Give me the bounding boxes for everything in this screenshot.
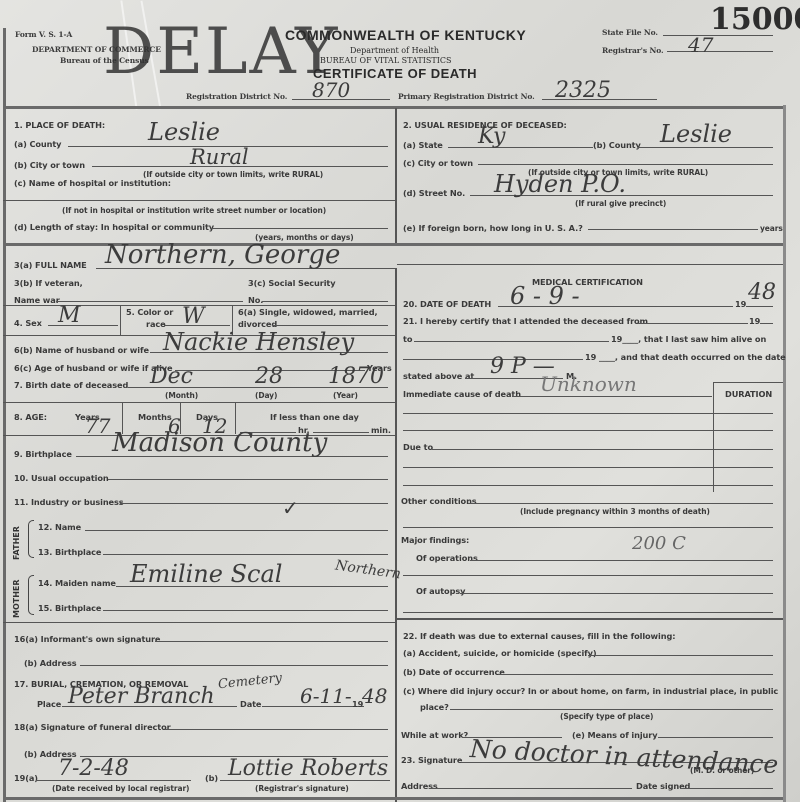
res-state-line — [448, 147, 593, 148]
burial-place-label: Place — [37, 699, 61, 709]
full-name-value: Northern, George — [105, 240, 340, 270]
year-note: (Year) — [333, 391, 358, 400]
signature-note: (M. D. or other) — [690, 766, 754, 775]
father-birthplace-label: 13. Birthplace — [38, 547, 101, 557]
name-war-label: Name war — [14, 295, 60, 305]
autopsy-label: Of autopsy — [416, 586, 465, 596]
death-year-prefix: 19 — [735, 299, 746, 309]
burial-date-value: 6-11- — [300, 684, 352, 708]
res-state-label: (a) State — [403, 140, 443, 150]
major-findings-label: Major findings: — [401, 535, 469, 545]
hospital-note: (If not in hospital or institution write… — [62, 206, 326, 215]
other-line-2 — [403, 527, 773, 528]
father-birthplace-line — [103, 554, 388, 555]
accident-line — [588, 655, 773, 656]
registrar-sig-value: Lottie Roberts — [228, 756, 388, 781]
duration-label: DURATION — [725, 389, 772, 399]
spouse-label: 6(b) Name of husband or wife — [14, 345, 149, 355]
color-label: 5. Color or — [126, 307, 173, 317]
commonwealth-title: COMMONWEALTH OF KENTUCKY — [285, 27, 526, 43]
veteran-label: 3(b) If veteran, — [14, 278, 83, 288]
birth-month: Dec — [150, 364, 193, 389]
res-street-label: (d) Street No. — [403, 188, 465, 198]
birth-year: 1870 — [328, 364, 384, 389]
operations-line-2 — [403, 575, 773, 576]
death-date-value: 6 - 9 - — [510, 282, 580, 310]
immediate-cause-label: Immediate cause of death — [403, 389, 521, 399]
section-divider-22 — [397, 618, 783, 620]
autopsy-line-2 — [403, 612, 773, 613]
cause-line-2 — [403, 413, 773, 414]
burial-year-value: 48 — [362, 684, 387, 708]
registrar-no-label: Registrar's No. — [602, 46, 664, 55]
ssn-line — [262, 301, 388, 302]
means-label: (e) Means of injury — [572, 730, 657, 740]
funeral-director-label: 18(a) Signature of funeral director — [14, 722, 171, 732]
res-state-value: Ky — [478, 124, 505, 149]
form-id: Form V. S. 1-A — [15, 30, 72, 39]
industry-line — [120, 503, 388, 504]
primary-reg-label: Primary Registration District No. — [398, 92, 535, 101]
res-city-label: (c) City or town — [403, 158, 473, 168]
funeral-director-line — [165, 729, 388, 730]
sex-label: 4. Sex — [14, 318, 42, 328]
race-value: W — [182, 304, 205, 329]
birthplace-value: Madison County — [112, 428, 327, 458]
industry-label: 11. Industry or business — [14, 497, 124, 507]
marital-label: 6(a) Single, widowed, married, — [238, 307, 378, 317]
signature-label: 23. Signature — [401, 755, 462, 765]
registrar-sig-note: (Registrar's signature) — [255, 784, 349, 793]
marital-line — [272, 325, 388, 326]
address-label: Address — [401, 781, 438, 791]
less-day-label: If less than one day — [270, 412, 359, 422]
death-city-label: (b) City or town — [14, 160, 85, 170]
occurred-label: 19 ____, and that death occurred on the … — [585, 352, 786, 362]
state-file-label: State File No. — [602, 28, 658, 37]
certify-19: 19 — [749, 316, 760, 326]
res-street-note: (If rural give precinct) — [575, 199, 666, 208]
full-name-label: 3(a) FULL NAME — [14, 260, 87, 270]
certify-label: 21. I hereby certify that I attended the… — [403, 316, 648, 326]
medical-top-line — [397, 264, 783, 265]
father-name-line — [85, 530, 388, 531]
foreign-line — [588, 229, 758, 230]
operations-line — [470, 560, 773, 561]
row-divider-15 — [3, 622, 395, 623]
spouse-age-label: 6(c) Age of husband or wife if alive — [14, 363, 172, 373]
father-brace — [28, 520, 34, 558]
name-war-line — [56, 301, 243, 302]
reg-district-label: Registration District No. — [186, 92, 287, 101]
death-city-value: Rural — [190, 145, 249, 169]
major-findings-value: 200 C — [632, 533, 686, 554]
hospital-line — [3, 200, 395, 201]
center-divider-top — [395, 108, 397, 243]
foreign-unit: years — [760, 224, 783, 233]
res-city-line — [478, 164, 773, 165]
ssn-label: 3(c) Social Security — [248, 278, 335, 288]
other-conditions-label: Other conditions — [401, 496, 477, 506]
sex-divider — [120, 305, 121, 335]
occupation-line — [108, 479, 388, 480]
place-line — [450, 709, 773, 710]
death-year-line — [746, 306, 773, 307]
center-divider-bottom — [395, 268, 397, 802]
ssn-no-label: No. — [248, 295, 263, 305]
due-to-label: Due to — [403, 442, 433, 452]
industry-check: ✓ — [282, 496, 299, 520]
occurrence-line — [498, 674, 773, 675]
frame-left — [3, 28, 6, 802]
mother-birthplace-label: 15. Birthplace — [38, 603, 101, 613]
received-label: 19(a) — [14, 773, 38, 783]
res-street-value: Hyden P.O. — [494, 170, 626, 198]
registrar-no-line — [667, 51, 773, 52]
burial-place-extra: Cemetery — [217, 671, 282, 693]
foreign-label: (e) If foreign born, how long in U. S. A… — [403, 223, 583, 233]
to-line — [414, 341, 609, 342]
death-county-label: (a) County — [14, 139, 61, 149]
burial-place-value: Peter Branch — [68, 684, 215, 709]
res-county-label: (b) County — [593, 140, 641, 150]
immediate-cause-value: Unknown — [540, 372, 637, 396]
occurrence-label: (b) Date of occurrence — [403, 667, 505, 677]
other-conditions-line — [468, 503, 773, 504]
date-signed-label: Date signed — [636, 781, 690, 791]
birthplace-label: 9. Birthplace — [14, 449, 72, 459]
registrar-sig-label: (b) — [205, 773, 218, 783]
stay-line — [210, 228, 388, 229]
registrar-no-value: 47 — [688, 33, 713, 57]
informant-signature-line — [155, 641, 388, 642]
reg-district-value: 870 — [312, 78, 350, 102]
last-saw-label: 19____, that I last saw him alive on — [611, 334, 766, 344]
means-line — [658, 737, 773, 738]
father-name-label: 12. Name — [38, 522, 81, 532]
row-divider-8 — [3, 402, 395, 403]
due-to-line-3 — [403, 485, 773, 486]
place-label: place? — [420, 702, 449, 712]
birth-label: 7. Birth date of deceased — [14, 380, 128, 390]
mother-birthplace-line — [103, 610, 388, 611]
operations-label: Of operations — [416, 553, 478, 563]
age-label: 8. AGE: — [14, 412, 47, 422]
month-note: (Month) — [165, 391, 198, 400]
months-label: Months — [138, 412, 172, 422]
mother-brace — [28, 575, 34, 615]
due-to-line-2 — [403, 467, 773, 468]
department-title: Department of Health — [350, 46, 439, 55]
received-note: (Date received by local registrar) — [52, 784, 189, 793]
stated-label: stated above at — [403, 371, 474, 381]
stamp-number: 15000 — [710, 2, 800, 37]
father-label: FATHER — [12, 526, 21, 560]
date-signed-line — [680, 788, 773, 789]
mother-maiden-value: Emiline Scal — [130, 560, 282, 588]
stay-label: (d) Length of stay: In hospital or commu… — [14, 222, 214, 232]
burial-date-label: Date — [240, 699, 261, 709]
res-county-value: Leslie — [660, 120, 732, 148]
min-label: min. — [371, 425, 391, 435]
due-to-line — [432, 449, 773, 450]
immediate-cause-line — [512, 396, 712, 397]
occupation-label: 10. Usual occupation — [14, 473, 109, 483]
bureau-title: BUREAU OF VITAL STATISTICS — [320, 56, 451, 65]
death-county-value: Leslie — [148, 118, 220, 146]
while-work-label: While at work? — [401, 730, 468, 740]
other-conditions-note: (Include pregnancy within 3 months of de… — [520, 507, 710, 516]
place-note: (Specify type of place) — [560, 712, 653, 721]
to-label: to — [403, 334, 412, 344]
hospital-label: (c) Name of hospital or institution: — [14, 178, 171, 188]
sex-value: M — [58, 303, 81, 328]
cause-line-3 — [403, 430, 773, 431]
death-date-label: 20. DATE OF DEATH — [403, 299, 491, 309]
frame-right — [783, 105, 786, 802]
mother-maiden-label: 14. Maiden name — [38, 578, 116, 588]
certify-year-line — [760, 323, 773, 324]
informant-address-label: (b) Address — [24, 658, 77, 668]
mother-maiden-extra: Northern — [334, 557, 402, 582]
birth-day: 28 — [255, 364, 283, 389]
death-certificate: Form V. S. 1-A DEPARTMENT OF COMMERCE Bu… — [0, 0, 800, 802]
external-heading: 22. If death was due to external causes,… — [403, 631, 675, 641]
state-file-line — [663, 35, 773, 36]
header-divider — [3, 106, 783, 109]
frame-bottom — [3, 797, 783, 800]
address-line — [432, 788, 632, 789]
informant-address-line — [80, 665, 388, 666]
accident-label: (a) Accident, suicide, or homicide (spec… — [403, 648, 597, 658]
death-year-value: 48 — [748, 280, 776, 305]
mother-label: MOTHER — [12, 579, 21, 618]
informant-signature-label: 16(a) Informant's own signature — [14, 634, 160, 644]
spouse-value: Nackie Hensley — [163, 328, 354, 356]
primary-reg-value: 2325 — [555, 78, 611, 103]
place-of-death-heading: 1. PLACE OF DEATH: — [14, 120, 105, 130]
certify-line — [638, 323, 748, 324]
day-note: (Day) — [255, 391, 277, 400]
where-label: (c) Where did injury occur? In or about … — [403, 686, 778, 696]
received-value: 7-2-48 — [58, 756, 129, 781]
autopsy-line — [460, 593, 773, 594]
